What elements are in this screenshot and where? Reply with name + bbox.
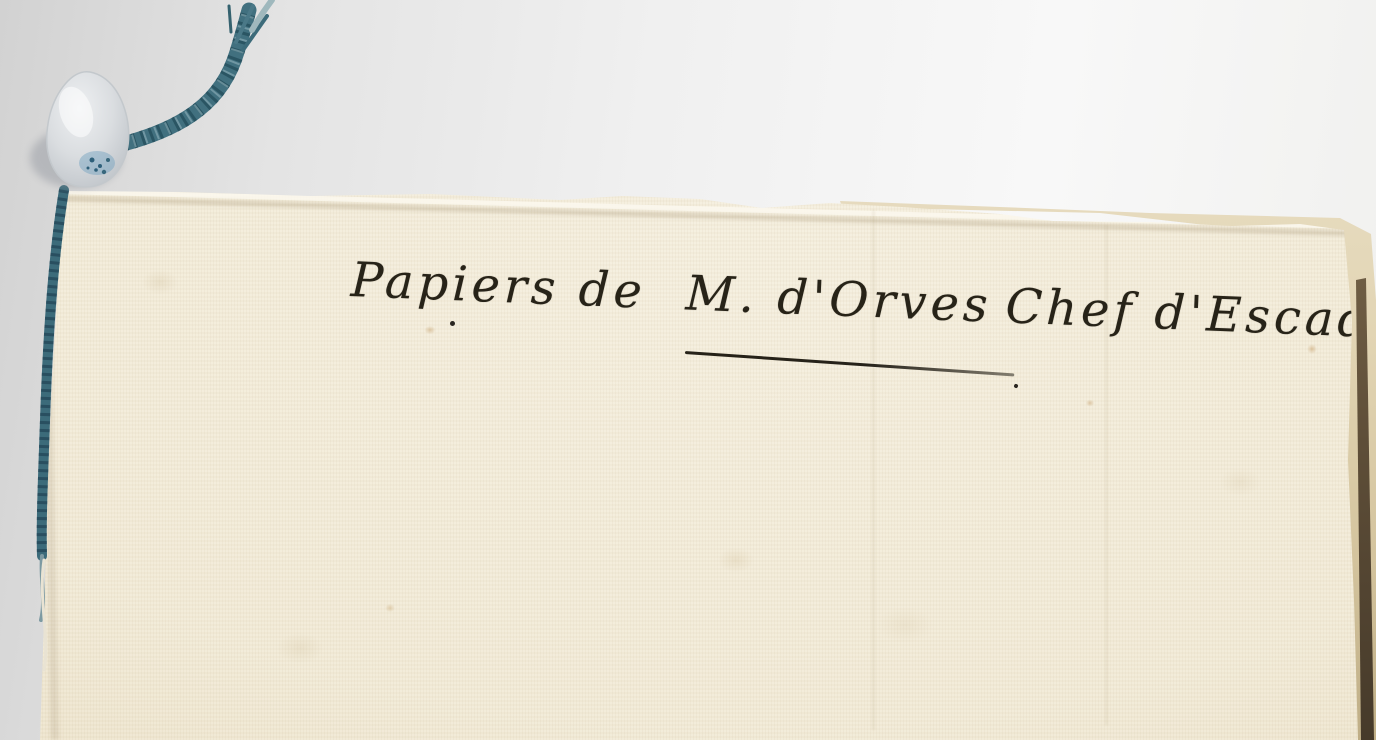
loose-thread <box>42 560 45 670</box>
ink-underline-stroke <box>685 351 1014 376</box>
inscription-title-chef-descadre: Chef d'Escadre <box>1004 278 1376 351</box>
handwritten-inscription: Papiers deM. d'OrvesChef d'Escadre <box>350 252 1376 351</box>
ribbon-left-edge <box>41 190 64 670</box>
ribbon-and-seal-group <box>0 0 340 700</box>
ink-dot <box>1013 383 1018 388</box>
ink-dot <box>450 321 455 326</box>
seal-speckles <box>79 151 115 175</box>
scanner-bed: Papiers deM. d'OrvesChef d'Escadre <box>0 0 1376 740</box>
inscription-word-papiers-de: Papiers de <box>350 252 647 320</box>
inscription-name-dorves: M. d'Orves <box>685 265 993 333</box>
wax-seal <box>30 72 129 188</box>
